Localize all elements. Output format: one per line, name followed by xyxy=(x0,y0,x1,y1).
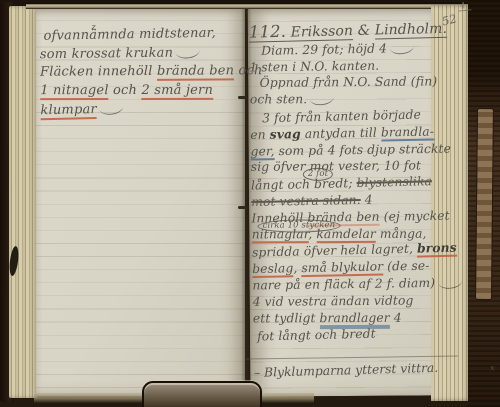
handwritten-line: som krossat krukan xyxy=(40,43,242,64)
handwritten-word: Öppnad från N.O. Sand (fin) xyxy=(260,75,438,91)
handwritten-word: 4 xyxy=(390,310,402,324)
handwritten-word: kamdelar xyxy=(316,226,376,242)
handwritten-word: som på 4 fots djup sträckte xyxy=(274,141,451,157)
handwritten-word: 1 nitnagel xyxy=(40,83,108,100)
footnote-handwriting: – Blyklumparna ytterst vittra.x xyxy=(254,360,464,382)
handwritten-word: (de se- xyxy=(383,259,430,274)
handwritten-line: nare på en fläck af 2 f. diam) xyxy=(252,274,466,294)
handwritten-word: 2 små jern xyxy=(141,83,213,100)
flourish-stroke xyxy=(438,277,463,290)
book-spine-right xyxy=(468,0,500,407)
handwritten-word: klumpar xyxy=(40,102,97,120)
notebook-photo: zofvannämnda midtstenar,som krossat kruk… xyxy=(0,0,500,407)
handwritten-word: ett tydligt xyxy=(253,311,320,325)
handwritten-word: & xyxy=(353,23,375,40)
handwritten-word: och sten. xyxy=(250,92,307,106)
binding-stitch xyxy=(238,206,247,209)
left-page-handwriting: zofvannämnda midtstenar,som krossat kruk… xyxy=(39,25,242,120)
handwritten-word: brandla- xyxy=(381,124,434,141)
handwritten-word: 3 fot från kanten började xyxy=(262,107,421,125)
handwritten-word: små blykulor xyxy=(301,260,383,278)
corner-pencil-mark: 4 xyxy=(458,0,472,11)
handwritten-word: och xyxy=(109,83,142,98)
handwritten-word: brända ben xyxy=(157,64,234,82)
handwritten-word: blystenslika xyxy=(356,174,432,190)
handwritten-word: sig öfver mot vester, 10 fot xyxy=(251,159,421,174)
page-edges-left xyxy=(9,6,38,398)
flourish-stroke xyxy=(310,94,335,107)
handwritten-word: beslag xyxy=(252,261,294,278)
handwritten-line: 4 vid vestra ändan vidtog xyxy=(253,292,467,311)
handwritten-word: ger, xyxy=(250,144,274,160)
pen-loop-strap xyxy=(475,108,494,300)
flourish-stroke xyxy=(389,43,414,56)
handwritten-word: mot vestra sidan. xyxy=(251,193,361,209)
handwritten-word: x xyxy=(490,363,495,372)
right-page-handwriting: 112. Eriksson & Lindholm.Diam. 29 fot; h… xyxy=(249,21,467,345)
page-top-edges xyxy=(26,2,472,9)
flourish-stroke xyxy=(99,104,124,117)
flourish-stroke xyxy=(176,47,201,60)
handwritten-word: spridda öfver hela lagret, xyxy=(252,242,417,260)
handwritten-word: 1 sten i N.O. kanten. xyxy=(249,58,379,74)
handwritten-word: 112. xyxy=(249,22,287,43)
handwritten-word: en xyxy=(250,127,270,141)
handwritten-word: – Blyklumparna ytterst vittra. xyxy=(254,361,439,380)
handwritten-word: (ej mycket xyxy=(380,208,450,223)
handwritten-word: fot långt och bredt xyxy=(257,327,376,344)
handwritten-word: Fläcken innehöll xyxy=(40,64,157,80)
handwritten-word: Eriksson xyxy=(286,23,353,42)
elastic-clasp xyxy=(142,381,262,407)
handwritten-word: nare på en fläck af 2 f. diam) xyxy=(252,276,435,293)
handwritten-word: ofvannämnda midtstenar, xyxy=(43,26,216,44)
ink-blot xyxy=(8,246,20,277)
handwritten-word: 4 vid vestra ändan vidtog xyxy=(253,293,414,308)
handwritten-word: Diam. 29 fot; höjd 4 xyxy=(261,41,387,57)
handwritten-line: klumpar xyxy=(40,98,242,121)
handwritten-word: 4 xyxy=(361,193,373,207)
handwritten-word: brons xyxy=(417,240,457,258)
handwritten-word: som krossat krukan xyxy=(40,45,174,62)
handwritten-word: Lindholm. xyxy=(375,21,448,40)
handwritten-line: Fläcken innehöll brända ben och xyxy=(40,62,242,82)
handwritten-word: svag xyxy=(270,126,301,142)
handwritten-line: Öppnad från N.O. Sand (fin) xyxy=(260,73,464,92)
handwritten-word: många, xyxy=(376,226,427,240)
handwritten-word: nitnaglar xyxy=(252,227,309,243)
handwritten-word: långt och bredt; xyxy=(251,176,357,193)
handwritten-word: antydan till xyxy=(301,125,381,141)
handwritten-word: , xyxy=(308,227,316,241)
